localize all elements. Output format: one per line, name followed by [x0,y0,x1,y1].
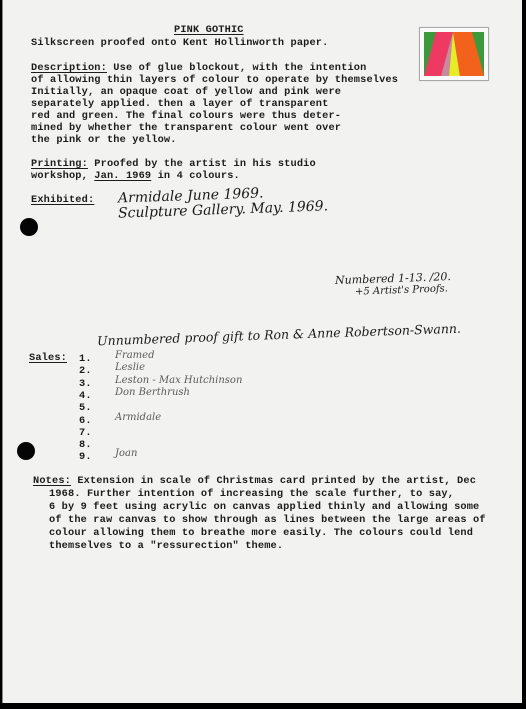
printing-line: Proofed by the artist in his studio [88,158,316,170]
notes-line: 6 by 9 feet using acrylic on canvas appl… [49,501,479,513]
notes-line: Extension in scale of Christmas card pri… [71,475,476,487]
sales-item-number: 9. [79,451,92,463]
description-line: separately applied. then a layer of tran… [31,98,328,110]
sales-label: Sales: [29,352,67,364]
printing-label: Printing: [31,158,88,170]
punch-hole [17,442,35,460]
printing-line: workshop, Jan. 1969 in 4 colours. [31,170,240,182]
sales-item-note: Armidale [115,412,161,423]
document-title: PINK GOTHIC [174,24,244,36]
description-label: Description: [31,62,107,74]
artwork-thumbnail [419,27,489,81]
exhibited-label: Exhibited: [31,194,94,206]
printing-text: workshop, [31,170,94,182]
notes-line: 1968. Further intention of increasing th… [49,488,454,500]
printing-text: in 4 colours. [151,170,240,182]
description-line: red and green. The final colours were th… [31,110,341,122]
description-line: the pink or the yellow. [31,134,177,146]
sales-item-number: 8. [79,439,92,451]
notes-line: of the raw canvas to show through as lin… [49,514,486,526]
notes-label: Notes: [33,475,71,487]
sales-item-number: 2. [79,365,92,377]
description-line: Use of glue blockout, with the intention [107,62,367,74]
sales-item-note: Framed [115,350,154,361]
artwork-image [424,32,484,76]
description-line: mined by whether the transparent colour … [31,122,341,134]
notes-line: colour allowing them to breathe more eas… [49,527,473,539]
punch-hole [20,218,38,236]
notes-block: Notes: Extension in scale of Christmas c… [33,475,476,487]
description-line: Initially, an opaque coat of yellow and … [31,86,341,98]
sales-item-note: Don Berthrush [115,387,190,398]
sales-item-number: 3. [79,378,92,390]
sales-item-note: Leston - Max Hutchinson [115,375,242,386]
sales-item-number: 5. [79,402,92,414]
sales-item-number: 7. [79,427,92,439]
sales-item-number: 1. [79,353,92,365]
document-subtitle: Silkscreen proofed onto Kent Hollinworth… [31,37,328,49]
notes-line: themselves to a "ressurection" theme. [49,540,283,552]
document-page: PINK GOTHIC Silkscreen proofed onto Kent… [2,0,522,703]
description-block: Description: Use of glue blockout, with … [31,62,366,74]
sales-item-number: 4. [79,390,92,402]
sales-item-number: 6. [79,415,92,427]
sales-item-note: Joan [115,448,137,459]
sales-item-note: Leslie [115,362,145,373]
artist-proofs-note: +5 Artist's Proofs. [355,283,448,297]
proof-gift-note: Unnumbered proof gift to Ron & Anne Robe… [97,321,461,349]
printing-block: Printing: Proofed by the artist in his s… [31,158,316,170]
printing-date: Jan. 1969 [94,170,151,182]
description-line: of allowing thin layers of colour to ope… [31,74,398,86]
